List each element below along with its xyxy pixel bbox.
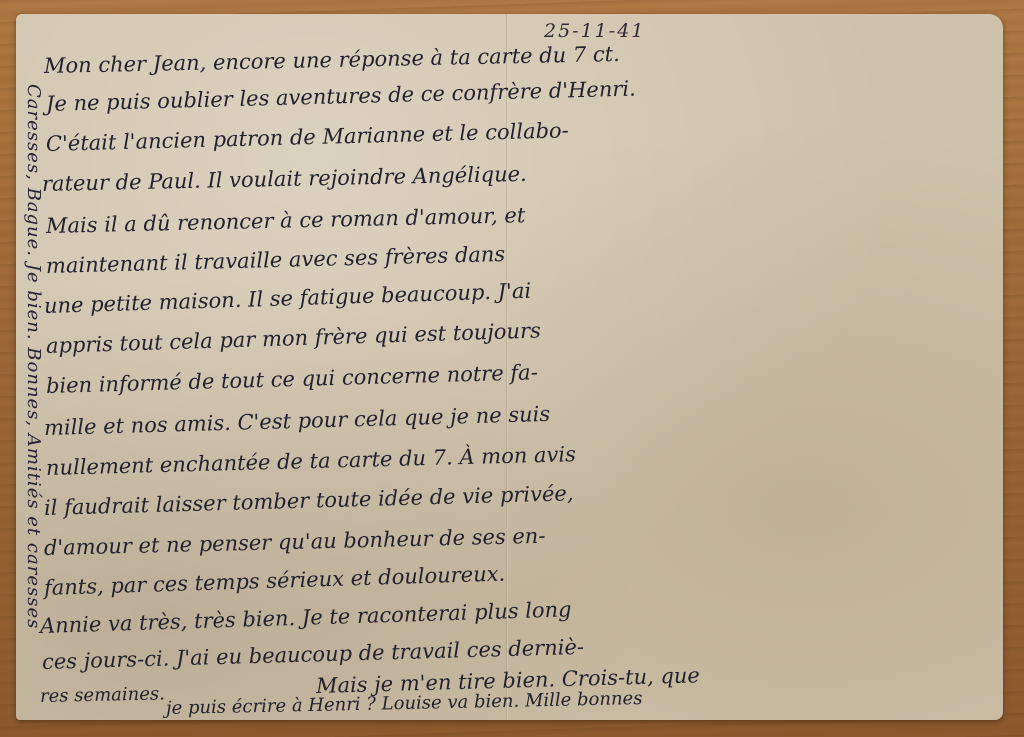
line-8: appris tout cela par mon frère qui est t… [46,318,542,358]
line-12: il faudrait laisser tomber toute idée de… [44,481,574,520]
line-15: Annie va très, très bien. Je te raconter… [40,597,572,638]
line-14: fants, par ces temps sérieux et douloure… [44,562,506,600]
handwritten-body: Mon cher Jean, encore une réponse à ta c… [16,14,1003,720]
postcard: 25-11-41 Caresses, Bague. Je bien. Bonne… [16,14,1003,720]
line-2: Je ne puis oublier les aventures de ce c… [46,77,636,116]
line-10: mille et nos amis. C'est pour cela que j… [44,402,551,440]
line-18: res semaines. [40,683,165,707]
line-11: nullement enchantée de ta carte du 7. À … [46,442,576,480]
line-3: C'était l'ancien patron de Marianne et l… [46,118,569,156]
line-9: bien informé de tout ce qui concerne not… [46,360,538,398]
line-6: maintenant il travaille avec ses frères … [46,242,506,278]
line-13: d'amour et ne penser qu'au bonheur de se… [44,524,546,560]
line-5: Mais il a dû renoncer à ce roman d'amour… [46,203,526,238]
line-4: rateur de Paul. Il voulait rejoindre Ang… [42,162,527,196]
line-7: une petite maison. Il se fatigue beaucou… [44,279,532,318]
line-19: je puis écrire à Henri ? Louise va bien.… [166,688,643,719]
line-1: Mon cher Jean, encore une réponse à ta c… [44,42,620,78]
